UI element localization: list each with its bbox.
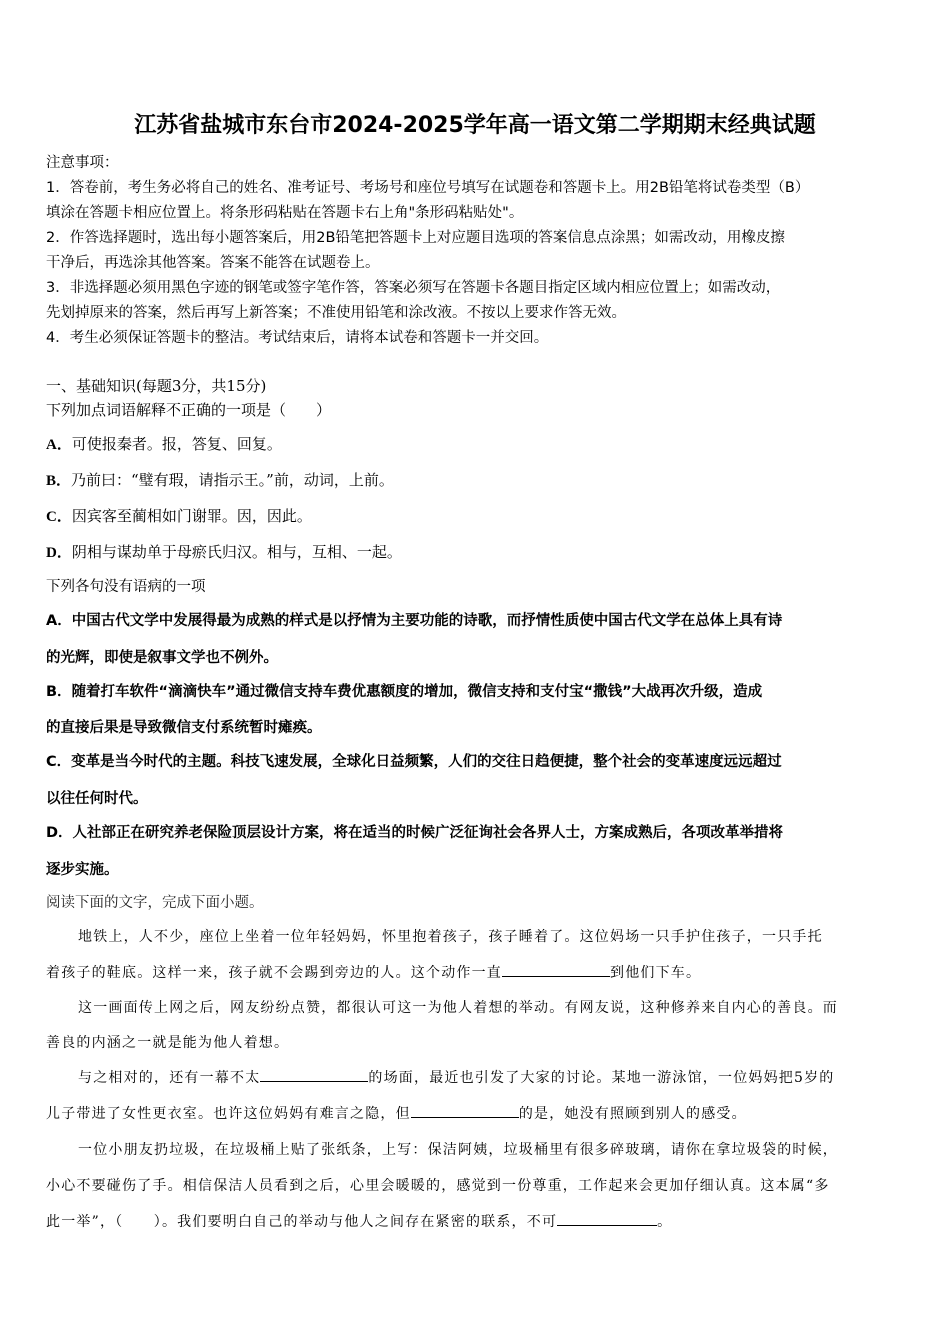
option-letter: A．	[46, 613, 72, 629]
text-after-blank: 的是，她没有照顾到别人的感受。	[519, 1106, 747, 1122]
option-letter: A．	[46, 437, 72, 453]
option-letter: C．	[46, 754, 71, 770]
question-2-option-b-line-2: 的直接后果是导致微信支付系统暂时瘫痪。	[46, 717, 322, 739]
passage-p1-line-1: 地铁上，人不少，座位上坐着一位年轻妈妈，怀里抱着孩子，孩子睡着了。这位妈场一只手…	[46, 926, 823, 948]
fill-in-blank	[411, 1103, 519, 1118]
question-1-stem: 下列加点词语解释不正确的一项是（ ）	[46, 399, 331, 421]
option-text: 变革是当今时代的主题。科技飞速发展，全球化日益频繁，人们的交往日趋便捷，整个社会…	[71, 754, 782, 770]
notice-line-4: 干净后，再选涂其他答案。答案不能答在试题卷上。	[46, 252, 380, 274]
option-text: 阴相与谋劫单于母瘀氏归汉。相与，互相、一起。	[72, 543, 402, 561]
notice-heading: 注意事项：	[46, 152, 119, 174]
passage-p1-line-2: 着孩子的鞋底。这样一来，孩子就不会踢到旁边的人。这个动作一直到他们下车。	[46, 962, 701, 984]
option-text: 人社部正在研究养老保险顶层设计方案，将在适当的时候广泛征询社会各界人士，方案成熟…	[73, 825, 784, 841]
question-2-option-c-line-1: C．变革是当今时代的主题。科技飞速发展，全球化日益频繁，人们的交往日趋便捷，整个…	[46, 751, 782, 773]
question-2-option-d-line-2: 逐步实施。	[46, 859, 119, 881]
fill-in-blank	[502, 962, 610, 977]
question-2-option-b-line-1: B．随着打车软件“滴滴快车”通过微信支持车费优惠额度的增加，微信支持和支付宝“撒…	[46, 681, 762, 703]
option-text: 中国古代文学中发展得最为成熟的样式是以抒情为主要功能的诗歌，而抒情性质使中国古代…	[72, 613, 783, 629]
passage-p2-line-1: 这一画面传上网之后，网友纷纷点赞，都很认可这一为他人着想的举动。有网友说，这种修…	[46, 997, 838, 1019]
question-1-option-d: D．阴相与谋劫单于母瘀氏归汉。相与，互相、一起。	[46, 541, 402, 564]
notice-line-5: 3．非选择题必须用黑色字迹的钢笔或签字笔作答，答案必须写在答题卡各题目指定区域内…	[46, 277, 780, 299]
option-letter: D．	[46, 825, 73, 841]
notice-line-2: 填涂在答题卡相应位置上。将条形码粘贴在答题卡右上角"条形码粘贴处"。	[46, 202, 523, 224]
option-text: 乃前曰：“璧有瑕，请指示王。”前，动词，上前。	[71, 471, 394, 489]
question-2-option-c-line-2: 以往任何时代。	[46, 788, 148, 810]
passage-p4-line-2: 小心不要碰伤了手。相信保洁人员看到之后，心里会暖暖的，感觉到一份尊重，工作起来会…	[46, 1175, 830, 1197]
question-1-option-c: C．因宾客至蔺相如门谢罪。因，因此。	[46, 505, 312, 528]
text-after-blank: 的场面，最近也引发了大家的讨论。某地一游泳馆，一位妈妈把5岁的	[368, 1070, 834, 1086]
passage-p3-line-1: 与之相对的，还有一幕不太的场面，最近也引发了大家的讨论。某地一游泳馆，一位妈妈把…	[46, 1067, 835, 1089]
text-before-blank: 儿子带进了女性更衣室。也许这位妈妈有难言之隐，但	[46, 1106, 411, 1122]
text-before-blank: 与之相对的，还有一幕不太	[78, 1070, 260, 1086]
text-after-blank: 到他们下车。	[610, 965, 701, 981]
notice-line-3: 2．作答选择题时，选出每小题答案后，用2B铅笔把答题卡上对应题目选项的答案信息点…	[46, 227, 785, 249]
exam-title: 江苏省盐城市东台市2024-2025学年高一语文第二学期期末经典试题	[0, 110, 950, 142]
question-1-option-b: B．乃前曰：“璧有瑕，请指示王。”前，动词，上前。	[46, 469, 394, 492]
option-letter: B．	[46, 684, 72, 700]
section-heading: 一、基础知识(每题3分，共15分)	[46, 375, 266, 397]
fill-in-blank	[260, 1067, 368, 1082]
option-letter: C．	[46, 509, 72, 525]
passage-p4-line-3: 此一举”，（ ）。我们要明白自己的举动与他人之间存在紧密的联系，不可。	[46, 1211, 672, 1233]
exam-page: 江苏省盐城市东台市2024-2025学年高一语文第二学期期末经典试题 注意事项：…	[0, 0, 950, 1344]
passage-p4-line-1: 一位小朋友扔垃圾，在垃圾桶上贴了张纸条，上写：保洁阿姨，垃圾桶里有很多碎玻璃，请…	[46, 1139, 838, 1161]
question-2-option-a-line-2: 的光辉，即使是叙事文学也不例外。	[46, 647, 278, 669]
option-text: 随着打车软件“滴滴快车”通过微信支持车费优惠额度的增加，微信支持和支付宝“撒钱”…	[72, 684, 763, 700]
passage-p3-line-2: 儿子带进了女性更衣室。也许这位妈妈有难言之隐，但的是，她没有照顾到别人的感受。	[46, 1103, 747, 1125]
notice-line-1: 1．答卷前，考生务必将自己的姓名、准考证号、考场号和座位号填写在试题卷和答题卡上…	[46, 177, 809, 199]
option-text: 因宾客至蔺相如门谢罪。因，因此。	[72, 507, 312, 525]
text-before-blank: 此一举”，（ ）。我们要明白自己的举动与他人之间存在紧密的联系，不可	[46, 1214, 557, 1230]
option-letter: D．	[46, 545, 72, 561]
option-text: 可使报秦者。报，答复、回复。	[72, 435, 282, 453]
question-2-option-d-line-1: D．人社部正在研究养老保险顶层设计方案，将在适当的时候广泛征询社会各界人士，方案…	[46, 822, 783, 844]
question-2-option-a-line-1: A．中国古代文学中发展得最为成熟的样式是以抒情为主要功能的诗歌，而抒情性质使中国…	[46, 610, 782, 632]
notice-line-7: 4．考生必须保证答题卡的整洁。考试结束后，请将本试卷和答题卡一并交回。	[46, 327, 548, 349]
reading-intro: 阅读下面的文字，完成下面小题。	[46, 892, 264, 914]
text-before-blank: 着孩子的鞋底。这样一来，孩子就不会踢到旁边的人。这个动作一直	[46, 965, 502, 981]
question-2-stem: 下列各句没有语病的一项	[46, 576, 206, 598]
text-after-blank: 。	[657, 1214, 672, 1230]
fill-in-blank	[557, 1211, 657, 1226]
notice-line-6: 先划掉原来的答案，然后再写上新答案；不准使用铅笔和涂改液。不按以上要求作答无效。	[46, 302, 626, 324]
passage-p2-line-2: 善良的内涵之一就是能为他人着想。	[46, 1032, 289, 1054]
question-1-option-a: A．可使报秦者。报，答复、回复。	[46, 433, 282, 456]
option-letter: B．	[46, 473, 71, 489]
